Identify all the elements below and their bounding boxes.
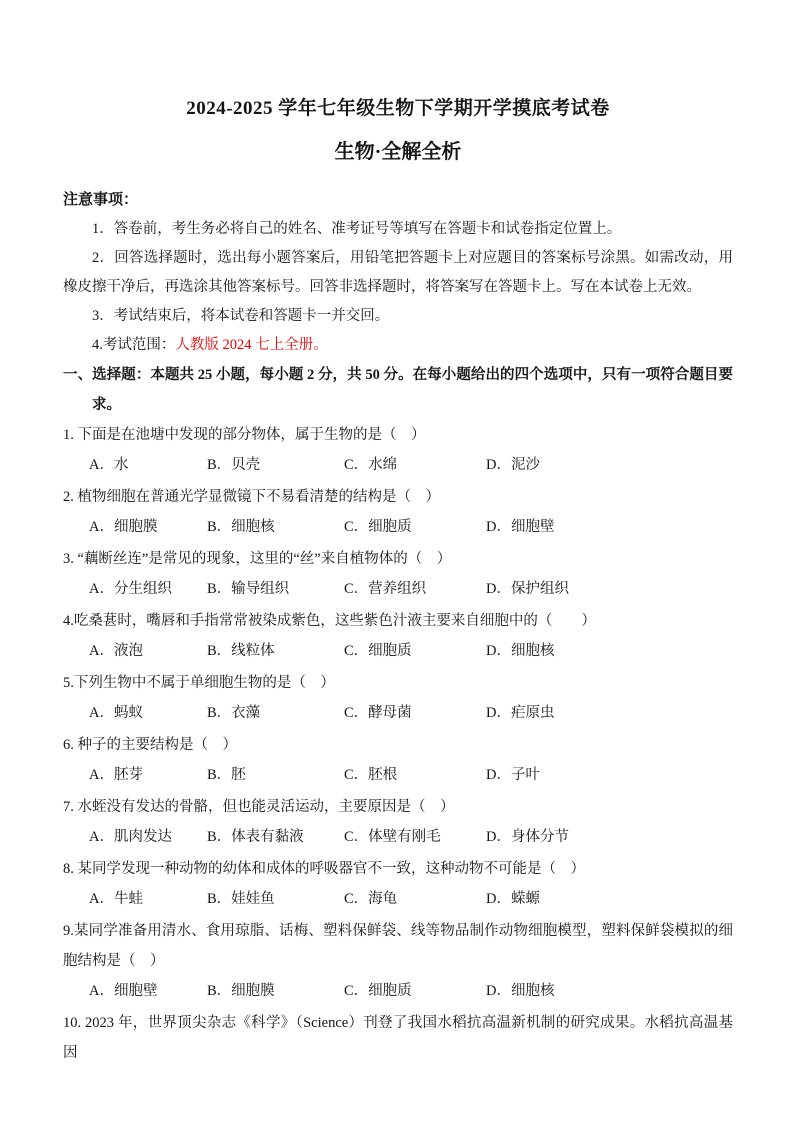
notice-item-4: 4.考试范围：人教版 2024 七上全册。 <box>63 331 733 360</box>
notice-section: 注意事项： 1．答卷前，考生务必将自己的姓名、准考证号等填写在答题卡和试卷指定位… <box>63 186 733 360</box>
question-stem: 5.下列生物中不属于单细胞生物的是（ ） <box>63 668 733 698</box>
exam-paper-page: 2024-2025 学年七年级生物下学期开学摸底考试卷 生物·全解全析 注意事项… <box>0 0 793 1122</box>
option-C: C．胚根 <box>344 760 486 790</box>
question-options: A．胚芽B．胚C．胚根D．子叶 <box>63 760 733 790</box>
option-D: D．细胞核 <box>486 636 733 666</box>
option-D: D．疟原虫 <box>486 698 733 728</box>
option-A: A．胚芽 <box>89 760 207 790</box>
question-10: 10. 2023 年，世界顶尖杂志《科学》（Science）刊登了我国水稻抗高温… <box>63 1008 733 1068</box>
question-2: 2. 植物细胞在普通光学显微镜下不易看清楚的结构是（ ）A．细胞膜B．细胞核C．… <box>63 482 733 542</box>
option-D: D．保护组织 <box>486 574 733 604</box>
section-heading-choice: 一、选择题：本题共 25 小题，每小题 2 分，共 50 分。在每小题给出的四个… <box>63 360 733 420</box>
question-list: 1. 下面是在池塘中发现的部分物体，属于生物的是（ ）A．水B．贝壳C．水绵D．… <box>63 420 733 1068</box>
option-A: A．分生组织 <box>89 574 207 604</box>
option-B: B．胚 <box>207 760 344 790</box>
option-D: D．泥沙 <box>486 450 733 480</box>
option-C: C．营养组织 <box>344 574 486 604</box>
question-options: A．细胞膜B．细胞核C．细胞质D．细胞壁 <box>63 512 733 542</box>
question-stem: 2. 植物细胞在普通光学显微镜下不易看清楚的结构是（ ） <box>63 482 733 512</box>
option-C: C．水绵 <box>344 450 486 480</box>
question-options: A．肌肉发达B．体表有黏液C．体壁有刚毛D．身体分节 <box>63 822 733 852</box>
option-A: A．牛蛙 <box>89 884 207 914</box>
question-options: A．蚂蚁B．衣藻C．酵母菌D．疟原虫 <box>63 698 733 728</box>
question-6: 6. 种子的主要结构是（ ）A．胚芽B．胚C．胚根D．子叶 <box>63 730 733 790</box>
question-stem: 6. 种子的主要结构是（ ） <box>63 730 733 760</box>
option-B: B．线粒体 <box>207 636 344 666</box>
question-options: A．液泡B．线粒体C．细胞质D．细胞核 <box>63 636 733 666</box>
question-8: 8. 某同学发现一种动物的幼体和成体的呼吸器官不一致，这种动物不可能是（ ）A．… <box>63 854 733 914</box>
option-C: C．海龟 <box>344 884 486 914</box>
question-options: A．水B．贝壳C．水绵D．泥沙 <box>63 450 733 480</box>
option-C: C．细胞质 <box>344 512 486 542</box>
option-C: C．细胞质 <box>344 976 486 1006</box>
question-stem: 10. 2023 年，世界顶尖杂志《科学》（Science）刊登了我国水稻抗高温… <box>63 1008 733 1068</box>
exam-scope-value: 人教版 2024 七上全册。 <box>175 337 327 353</box>
question-1: 1. 下面是在池塘中发现的部分物体，属于生物的是（ ）A．水B．贝壳C．水绵D．… <box>63 420 733 480</box>
option-B: B．体表有黏液 <box>207 822 344 852</box>
option-A: A．细胞膜 <box>89 512 207 542</box>
option-B: B．衣藻 <box>207 698 344 728</box>
question-9: 9.某同学准备用清水、食用琼脂、话梅、塑料保鲜袋、线等物品制作动物细胞模型，塑料… <box>63 916 733 1006</box>
option-A: A．蚂蚁 <box>89 698 207 728</box>
question-7: 7. 水蛭没有发达的骨骼，但也能灵活运动，主要原因是（ ）A．肌肉发达B．体表有… <box>63 792 733 852</box>
question-stem: 9.某同学准备用清水、食用琼脂、话梅、塑料保鲜袋、线等物品制作动物细胞模型，塑料… <box>63 916 733 976</box>
question-5: 5.下列生物中不属于单细胞生物的是（ ）A．蚂蚁B．衣藻C．酵母菌D．疟原虫 <box>63 668 733 728</box>
option-C: C．体壁有刚毛 <box>344 822 486 852</box>
option-C: C．细胞质 <box>344 636 486 666</box>
option-C: C．酵母菌 <box>344 698 486 728</box>
option-A: A．水 <box>89 450 207 480</box>
question-3: 3. “藕断丝连”是常见的现象，这里的“丝”来自植物体的（ ）A．分生组织B．输… <box>63 544 733 604</box>
question-stem: 3. “藕断丝连”是常见的现象，这里的“丝”来自植物体的（ ） <box>63 544 733 574</box>
notice-heading: 注意事项： <box>63 186 733 215</box>
option-D: D．蝾螈 <box>486 884 733 914</box>
notice-item-1: 1．答卷前，考生务必将自己的姓名、准考证号等填写在答题卡和试卷指定位置上。 <box>63 215 733 244</box>
option-D: D．子叶 <box>486 760 733 790</box>
option-D: D．细胞核 <box>486 976 733 1006</box>
option-B: B．娃娃鱼 <box>207 884 344 914</box>
option-A: A．液泡 <box>89 636 207 666</box>
option-D: D．细胞壁 <box>486 512 733 542</box>
option-B: B．细胞核 <box>207 512 344 542</box>
question-options: A．分生组织B．输导组织C．营养组织D．保护组织 <box>63 574 733 604</box>
notice-item-2: 2．回答选择题时，选出每小题答案后，用铅笔把答题卡上对应题目的答案标号涂黑。如需… <box>63 244 733 302</box>
option-B: B．输导组织 <box>207 574 344 604</box>
question-stem: 7. 水蛭没有发达的骨骼，但也能灵活运动，主要原因是（ ） <box>63 792 733 822</box>
exam-scope-label: 4.考试范围： <box>92 337 175 353</box>
option-B: B．细胞膜 <box>207 976 344 1006</box>
option-D: D．身体分节 <box>486 822 733 852</box>
question-stem: 4.吃桑葚时，嘴唇和手指常常被染成紫色，这些紫色汁液主要来自细胞中的（ ） <box>63 606 733 636</box>
question-stem: 1. 下面是在池塘中发现的部分物体，属于生物的是（ ） <box>63 420 733 450</box>
question-options: A．细胞壁B．细胞膜C．细胞质D．细胞核 <box>63 976 733 1006</box>
exam-subtitle: 生物·全解全析 <box>63 138 733 166</box>
question-options: A．牛蛙B．娃娃鱼C．海龟D．蝾螈 <box>63 884 733 914</box>
question-4: 4.吃桑葚时，嘴唇和手指常常被染成紫色，这些紫色汁液主要来自细胞中的（ ）A．液… <box>63 606 733 666</box>
option-A: A．肌肉发达 <box>89 822 207 852</box>
exam-title: 2024-2025 学年七年级生物下学期开学摸底考试卷 <box>63 96 733 122</box>
question-stem: 8. 某同学发现一种动物的幼体和成体的呼吸器官不一致，这种动物不可能是（ ） <box>63 854 733 884</box>
option-B: B．贝壳 <box>207 450 344 480</box>
notice-item-3: 3．考试结束后，将本试卷和答题卡一并交回。 <box>63 302 733 331</box>
option-A: A．细胞壁 <box>89 976 207 1006</box>
